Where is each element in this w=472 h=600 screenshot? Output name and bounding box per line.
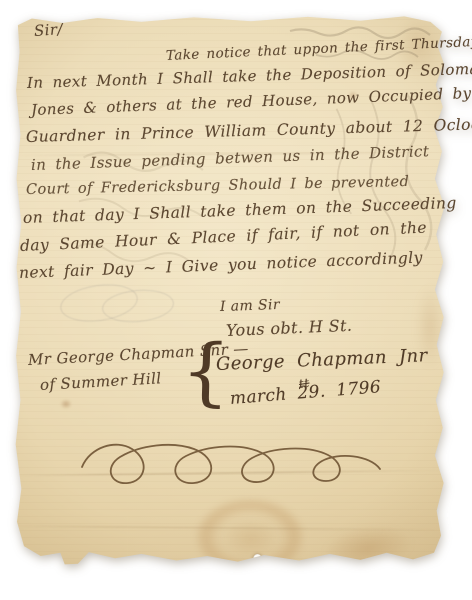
letter-line-4: Guardner in Prince William County about …: [26, 115, 472, 146]
paper-shadow-wrap: Sir/ Take notice that uppon the first Th…: [0, 0, 472, 600]
salutation: Sir/: [33, 20, 63, 40]
letter-line-9: next fair Day ~ I Give you notice accord…: [19, 248, 423, 281]
closing-line-1: I am Sir: [220, 297, 281, 315]
letter-line-6: Court of Fredericksburg Should I be prev…: [26, 174, 410, 198]
photo-backdrop: Sir/ Take notice that uppon the first Th…: [0, 0, 472, 600]
letter-line-1: Take notice that uppon the first Thursda…: [166, 34, 472, 64]
closing-line-2: Yous obt. H St.: [226, 316, 353, 340]
handwriting-layer: Sir/ Take notice that uppon the first Th…: [0, 0, 472, 600]
addressee-place: of Summer Hill: [39, 369, 161, 394]
letter-line-5: in the Issue pending betwen us in the Di…: [31, 142, 430, 174]
